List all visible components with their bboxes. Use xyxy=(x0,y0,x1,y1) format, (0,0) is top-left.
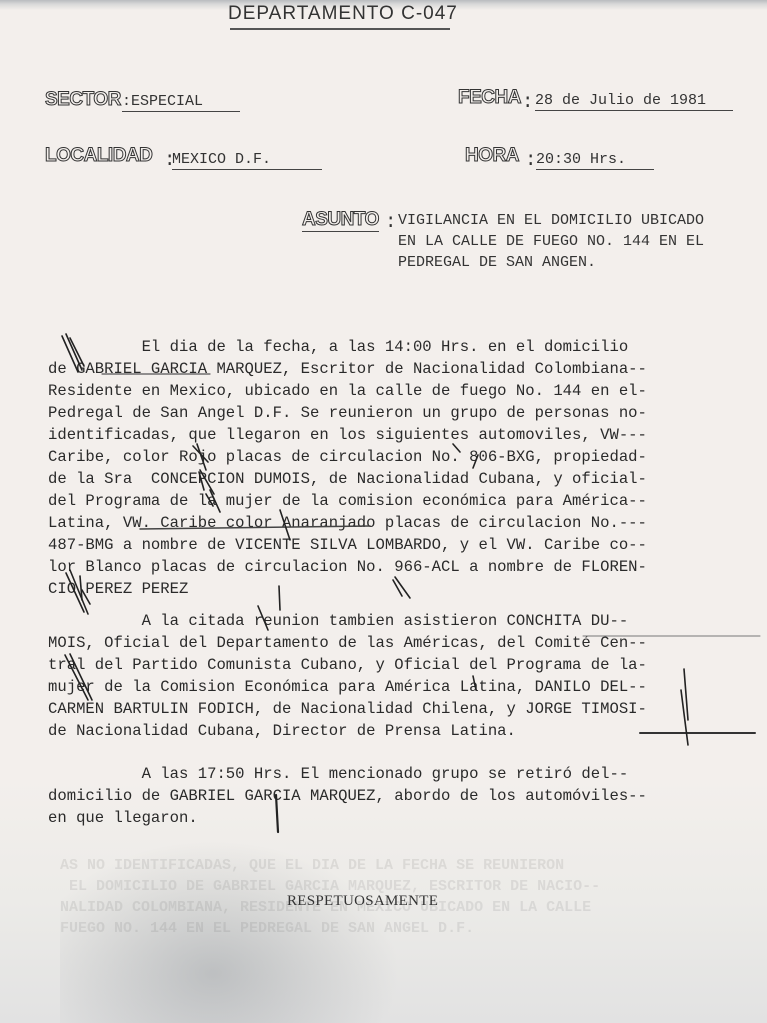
fecha-underline xyxy=(535,110,733,111)
header-underline xyxy=(230,28,450,30)
sector-value: :ESPECIAL xyxy=(122,93,240,112)
localidad-value: MEXICO D.F. xyxy=(172,151,322,170)
paragraph-attendees: A la citada reunion tambien asistieron C… xyxy=(48,610,647,742)
hora-colon: : xyxy=(525,149,536,171)
sector-label: SECTOR xyxy=(45,89,121,111)
fecha-colon: : xyxy=(522,91,533,113)
closing-signature: RESPETUOSAMENTE xyxy=(287,893,438,910)
asunto-label: ASUNTO xyxy=(302,209,379,232)
paragraph-departure: A las 17:50 Hrs. El mencionado grupo se … xyxy=(48,763,647,829)
fecha-value: 28 de Julio de 1981 xyxy=(535,92,706,110)
fecha-label: FECHA xyxy=(458,87,521,109)
department-header: DEPARTAMENTO C-047 xyxy=(228,3,458,25)
hora-label: HORA xyxy=(465,145,519,167)
asunto-value: VIGILANCIA EN EL DOMICILIO UBICADO EN LA… xyxy=(398,210,767,273)
localidad-label: LOCALIDAD xyxy=(45,145,152,167)
paragraph-arrival: El dia de la fecha, a las 14:00 Hrs. en … xyxy=(48,336,647,600)
hora-value: 20:30 Hrs. xyxy=(536,151,654,170)
asunto-colon: : xyxy=(385,211,396,233)
paper-shadow xyxy=(60,840,400,1023)
